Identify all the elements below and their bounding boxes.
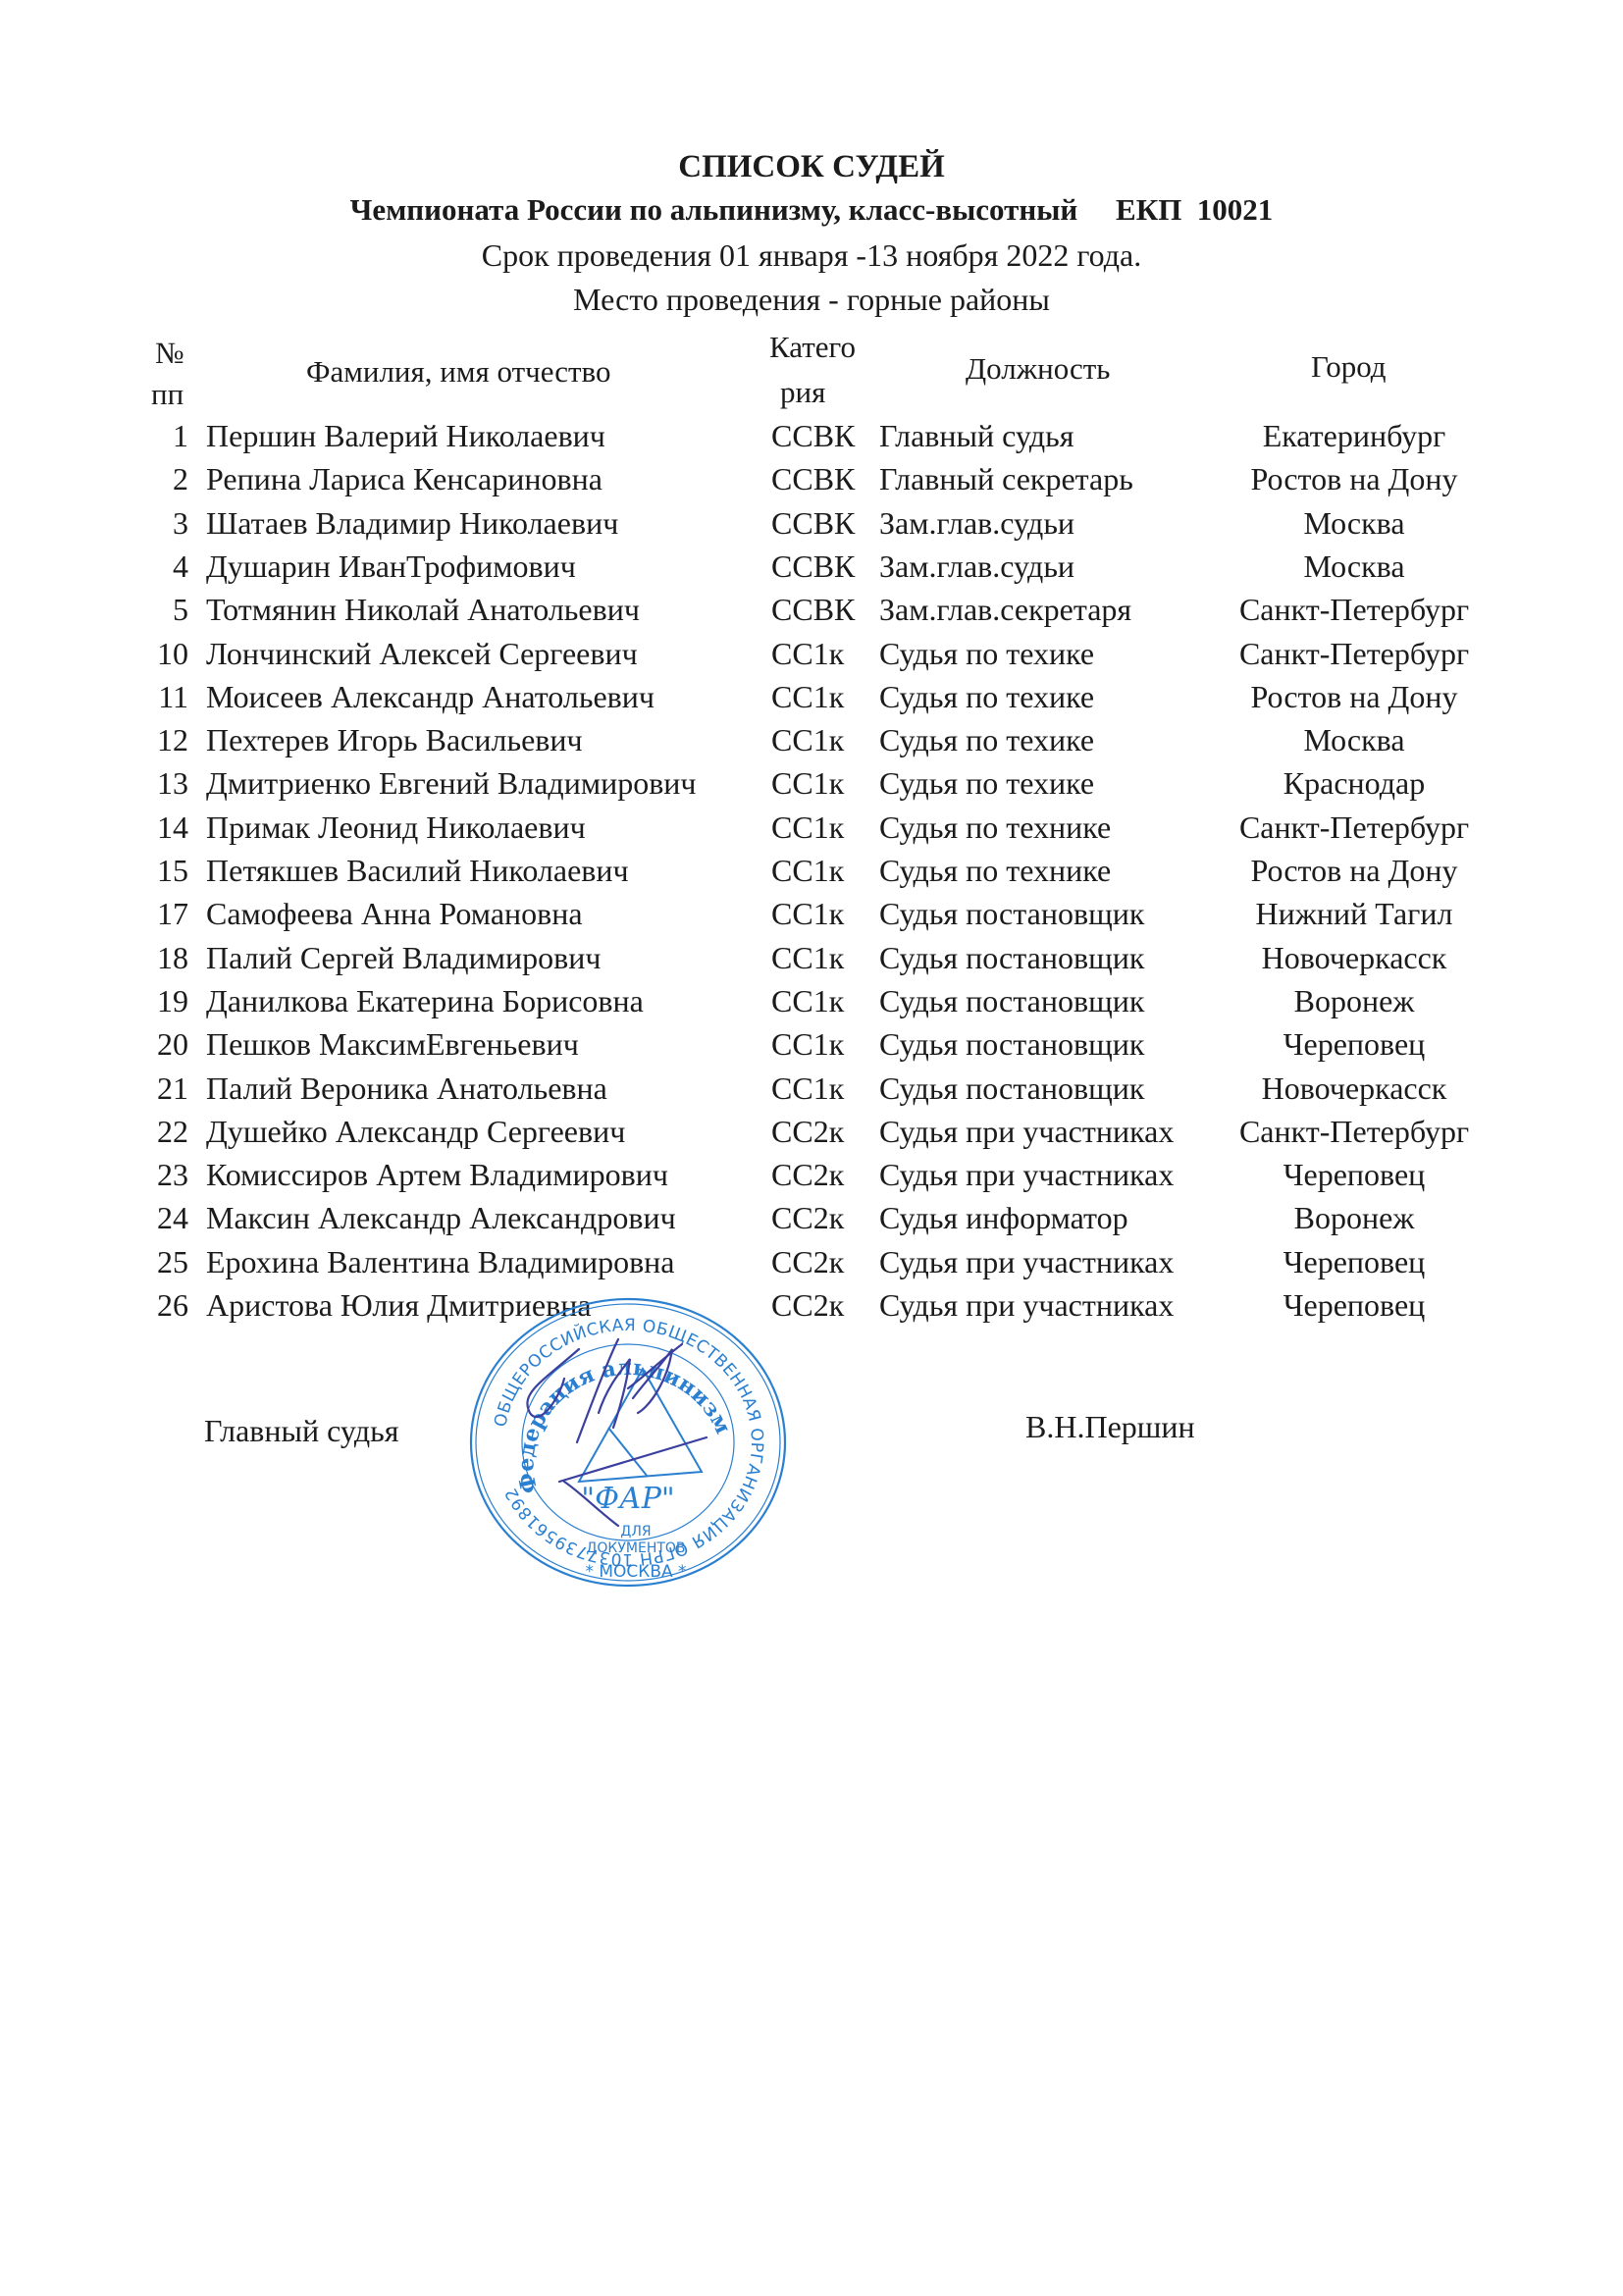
- table-row: 24Максин Александр АлександровичСС2кСудь…: [0, 1196, 1623, 1239]
- judge-city: Ростов на Дону: [1251, 675, 1458, 718]
- judge-name: Душарин ИванТрофимович: [206, 545, 576, 588]
- table-row: 20Пешков МаксимЕвгеньевичСС1кСудья поста…: [0, 1022, 1623, 1066]
- judge-position: Зам.глав.секретаря: [879, 588, 1131, 631]
- table-row: 17Самофеева Анна РомановнаСС1кСудья пост…: [0, 892, 1623, 935]
- judge-category: СС1к: [771, 936, 844, 979]
- judge-city: Краснодар: [1283, 761, 1425, 805]
- row-number: 3: [173, 501, 188, 545]
- judge-name: Пехтерев Игорь Васильевич: [206, 718, 583, 761]
- judge-name: Шатаев Владимир Николаевич: [206, 501, 618, 545]
- table-row: 13Дмитриенко Евгений ВладимировичСС1кСуд…: [0, 761, 1623, 805]
- judge-category: СС1к: [771, 1022, 844, 1066]
- judge-name: Репина Лариса Кенсариновна: [206, 457, 602, 500]
- row-number: 26: [157, 1283, 188, 1327]
- judge-name: Тотмянин Николай Анатольевич: [206, 588, 640, 631]
- official-stamp: ОБЩЕРОССИЙСКАЯ ОБЩЕСТВЕННАЯ ОРГАНИЗАЦИЯ …: [461, 1290, 795, 1594]
- judge-position: Судья при участниках: [879, 1110, 1174, 1153]
- header-num-line1: №: [155, 338, 184, 368]
- judge-position: Судья при участниках: [879, 1240, 1174, 1283]
- judge-name: Палий Сергей Владимирович: [206, 936, 601, 979]
- table-row: 1Першин Валерий НиколаевичССВКГлавный су…: [0, 414, 1623, 457]
- table-row: 3Шатаев Владимир НиколаевичССВКЗам.глав.…: [0, 501, 1623, 545]
- judge-category: СС2к: [771, 1196, 844, 1239]
- stamp-purpose-line2: ДОКУМЕНТОВ: [586, 1540, 685, 1556]
- judge-position: Судья постановщик: [879, 936, 1144, 979]
- table-row: 23Комиссиров Артем ВладимировичСС2кСудья…: [0, 1153, 1623, 1196]
- judge-position: Судья по технике: [879, 849, 1111, 892]
- stamp-purpose-line1: ДЛЯ: [620, 1524, 651, 1539]
- document-subtitle: Чемпионата России по альпинизму, класс-в…: [350, 192, 1274, 228]
- row-number: 2: [173, 457, 188, 500]
- judge-city: Воронеж: [1294, 1196, 1415, 1239]
- header-position: Должность: [966, 353, 1110, 384]
- judge-position: Судья постановщик: [879, 892, 1144, 935]
- judge-category: СС1к: [771, 849, 844, 892]
- event-place: Место проведения - горные районы: [573, 282, 1050, 318]
- row-number: 19: [157, 979, 188, 1022]
- judge-name: Дмитриенко Евгений Владимирович: [206, 761, 697, 805]
- header-category-line2: рия: [780, 377, 825, 407]
- judge-city: Воронеж: [1294, 979, 1415, 1022]
- header-name: Фамилия, имя отчество: [306, 356, 610, 387]
- judge-category: СС2к: [771, 1153, 844, 1196]
- judge-city: Новочеркасск: [1262, 1067, 1447, 1110]
- judge-name: Примак Леонид Николаевич: [206, 806, 586, 849]
- judge-position: Судья при участниках: [879, 1153, 1174, 1196]
- judge-city: Санкт-Петербург: [1239, 588, 1469, 631]
- stamp-emblem-text: "ФАР": [581, 1482, 674, 1516]
- row-number: 25: [157, 1240, 188, 1283]
- row-number: 24: [157, 1196, 188, 1239]
- row-number: 15: [157, 849, 188, 892]
- judge-category: СС1к: [771, 892, 844, 935]
- table-row: 2Репина Лариса КенсариновнаССВКГлавный с…: [0, 457, 1623, 500]
- table-row: 14Примак Леонид НиколаевичСС1кСудья по т…: [0, 806, 1623, 849]
- judge-category: ССВК: [771, 414, 855, 457]
- row-number: 1: [173, 414, 188, 457]
- judge-name: Лончинский Алексей Сергеевич: [206, 632, 638, 675]
- row-number: 20: [157, 1022, 188, 1066]
- judge-position: Судья постановщик: [879, 1022, 1144, 1066]
- event-dates: Срок проведения 01 января -13 ноября 202…: [482, 237, 1141, 274]
- judge-category: СС1к: [771, 761, 844, 805]
- signer-name: В.Н.Першин: [1025, 1409, 1195, 1445]
- row-number: 18: [157, 936, 188, 979]
- judge-city: Москва: [1303, 545, 1404, 588]
- row-number: 10: [157, 632, 188, 675]
- judge-category: СС1к: [771, 806, 844, 849]
- judge-position: Судья постановщик: [879, 1067, 1144, 1110]
- row-number: 11: [158, 675, 188, 718]
- row-number: 5: [173, 588, 188, 631]
- judge-name: Першин Валерий Николаевич: [206, 414, 605, 457]
- row-number: 22: [157, 1110, 188, 1153]
- judge-city: Ростов на Дону: [1251, 849, 1458, 892]
- header-num-line2: пп: [151, 379, 183, 409]
- judge-city: Санкт-Петербург: [1239, 806, 1469, 849]
- judge-name: Петякшев Василий Николаевич: [206, 849, 629, 892]
- judge-city: Новочеркасск: [1262, 936, 1447, 979]
- judge-city: Нижний Тагил: [1256, 892, 1453, 935]
- judge-city: Москва: [1303, 718, 1404, 761]
- judge-city: Череповец: [1283, 1240, 1426, 1283]
- row-number: 14: [157, 806, 188, 849]
- header-city: Город: [1311, 351, 1387, 382]
- judge-name: Ерохина Валентина Владимировна: [206, 1240, 675, 1283]
- table-row: 11Моисеев Александр АнатольевичСС1кСудья…: [0, 675, 1623, 718]
- judge-name: Данилкова Екатерина Борисовна: [206, 979, 644, 1022]
- judge-city: Череповец: [1283, 1153, 1426, 1196]
- judge-category: ССВК: [771, 501, 855, 545]
- judge-city: Москва: [1303, 501, 1404, 545]
- row-number: 17: [157, 892, 188, 935]
- judge-category: ССВК: [771, 457, 855, 500]
- judge-position: Зам.глав.судьи: [879, 545, 1074, 588]
- judge-name: Моисеев Александр Анатольевич: [206, 675, 654, 718]
- judge-category: ССВК: [771, 588, 855, 631]
- signature-role: Главный судья: [204, 1413, 398, 1449]
- table-row: 5Тотмянин Николай АнатольевичССВКЗам.гла…: [0, 588, 1623, 631]
- table-row: 18Палий Сергей ВладимировичСС1кСудья пос…: [0, 936, 1623, 979]
- judge-position: Судья постановщик: [879, 979, 1144, 1022]
- judge-city: Санкт-Петербург: [1239, 632, 1469, 675]
- judge-position: Главный секретарь: [879, 457, 1133, 500]
- judge-category: СС2к: [771, 1240, 844, 1283]
- judge-position: Главный судья: [879, 414, 1073, 457]
- judge-category: СС2к: [771, 1110, 844, 1153]
- table-row: 12Пехтерев Игорь ВасильевичСС1кСудья по …: [0, 718, 1623, 761]
- row-number: 4: [173, 545, 188, 588]
- judge-city: Череповец: [1283, 1283, 1426, 1327]
- judge-name: Комиссиров Артем Владимирович: [206, 1153, 668, 1196]
- judge-position: Судья по техике: [879, 718, 1094, 761]
- row-number: 21: [157, 1067, 188, 1110]
- judge-category: СС1к: [771, 979, 844, 1022]
- table-row: 4Душарин ИванТрофимовичССВКЗам.глав.судь…: [0, 545, 1623, 588]
- table-row: 15Петякшев Василий НиколаевичСС1кСудья п…: [0, 849, 1623, 892]
- row-number: 12: [157, 718, 188, 761]
- judge-position: Зам.глав.судьи: [879, 501, 1074, 545]
- judge-category: СС1к: [771, 1067, 844, 1110]
- table-row: 25Ерохина Валентина ВладимировнаСС2кСудь…: [0, 1240, 1623, 1283]
- judge-name: Пешков МаксимЕвгеньевич: [206, 1022, 579, 1066]
- judge-category: СС1к: [771, 718, 844, 761]
- judge-category: ССВК: [771, 545, 855, 588]
- table-row: 26Аристова Юлия ДмитриевнаСС2кСудья при …: [0, 1283, 1623, 1327]
- table-row: 21Палий Вероника АнатольевнаСС1кСудья по…: [0, 1067, 1623, 1110]
- judge-name: Самофеева Анна Романовна: [206, 892, 583, 935]
- judge-position: Судья информатор: [879, 1196, 1128, 1239]
- table-row: 22Душейко Александр СергеевичСС2кСудья п…: [0, 1110, 1623, 1153]
- judge-position: Судья по техике: [879, 761, 1094, 805]
- judge-category: СС1к: [771, 632, 844, 675]
- judge-position: Судья при участниках: [879, 1283, 1174, 1327]
- table-row: 19Данилкова Екатерина БорисовнаСС1кСудья…: [0, 979, 1623, 1022]
- judge-name: Палий Вероника Анатольевна: [206, 1067, 607, 1110]
- table-row: 10Лончинский Алексей СергеевичСС1кСудья …: [0, 632, 1623, 675]
- document-title: СПИСОК СУДЕЙ: [678, 149, 945, 185]
- header-category-line1: Катего: [769, 332, 856, 362]
- judge-city: Череповец: [1283, 1022, 1426, 1066]
- judge-position: Судья по техике: [879, 675, 1094, 718]
- judge-position: Судья по техике: [879, 632, 1094, 675]
- row-number: 23: [157, 1153, 188, 1196]
- judge-category: СС1к: [771, 675, 844, 718]
- judge-name: Максин Александр Александрович: [206, 1196, 676, 1239]
- judge-city: Ростов на Дону: [1251, 457, 1458, 500]
- judge-position: Судья по технике: [879, 806, 1111, 849]
- stamp-city: * МОСКВА *: [585, 1562, 686, 1582]
- row-number: 13: [157, 761, 188, 805]
- judge-city: Екатеринбург: [1263, 414, 1446, 457]
- judge-name: Душейко Александр Сергеевич: [206, 1110, 625, 1153]
- judge-city: Санкт-Петербург: [1239, 1110, 1469, 1153]
